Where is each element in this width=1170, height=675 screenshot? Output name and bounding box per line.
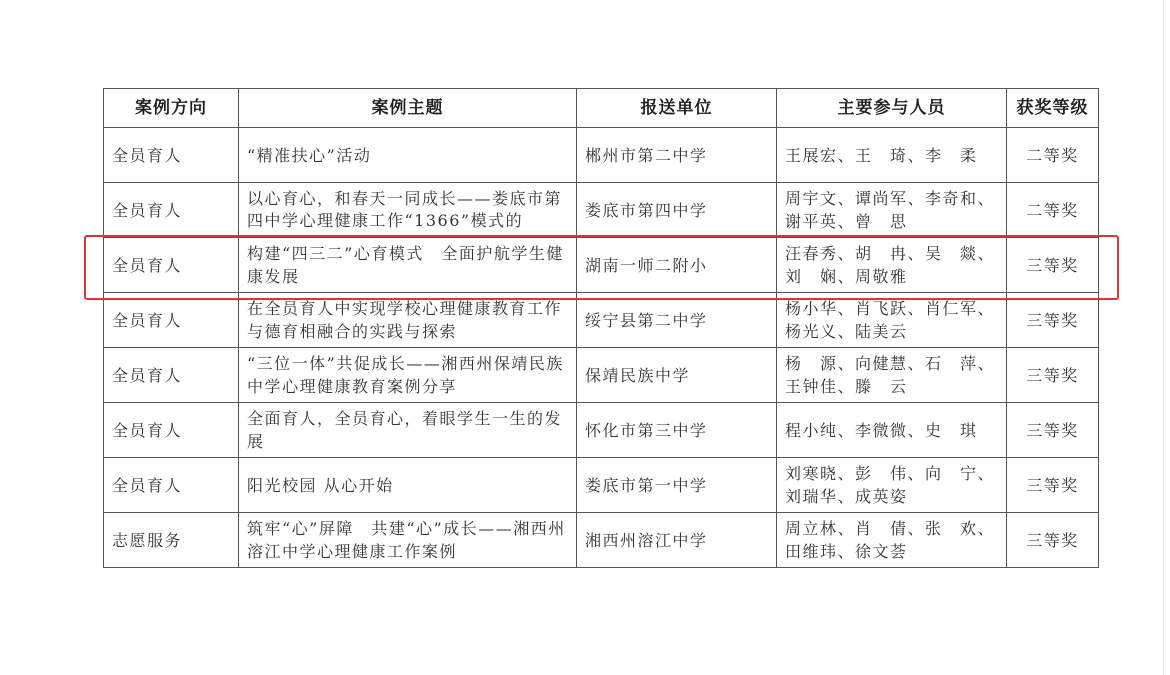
cell-unit: 娄底市第一中学: [577, 458, 777, 513]
cell-award: 三等奖: [1007, 293, 1099, 348]
cell-award: 三等奖: [1007, 348, 1099, 403]
cell-unit: 娄底市第四中学: [577, 183, 777, 238]
table-row: 全员育人 “精准扶心”活动 郴州市第二中学 王展宏、王 琦、李 柔 二等奖: [104, 128, 1099, 183]
cell-topic: 以心育心，和春天一同成长——娄底市第四中学心理健康工作“1366”模式的: [239, 183, 577, 238]
cell-people: 程小纯、李微微、史 琪: [777, 403, 1007, 458]
cell-topic: 阳光校园 从心开始: [239, 458, 577, 513]
cell-award: 三等奖: [1007, 513, 1099, 568]
cell-award: 二等奖: [1007, 183, 1099, 238]
cell-topic: “三位一体”共促成长——湘西州保靖民族中学心理健康教育案例分享: [239, 348, 577, 403]
cell-direction: 全员育人: [104, 183, 239, 238]
cell-topic: 全面育人，全员育心，着眼学生一生的发展: [239, 403, 577, 458]
header-award: 获奖等级: [1007, 89, 1099, 128]
cell-direction: 全员育人: [104, 293, 239, 348]
cell-unit: 怀化市第三中学: [577, 403, 777, 458]
cell-award: 三等奖: [1007, 238, 1099, 293]
header-topic: 案例主题: [239, 89, 577, 128]
cell-award: 三等奖: [1007, 458, 1099, 513]
header-people: 主要参与人员: [777, 89, 1007, 128]
table-row: 全员育人 全面育人，全员育心，着眼学生一生的发展 怀化市第三中学 程小纯、李微微…: [104, 403, 1099, 458]
header-direction: 案例方向: [104, 89, 239, 128]
cell-people: 王展宏、王 琦、李 柔: [777, 128, 1007, 183]
cell-award: 二等奖: [1007, 128, 1099, 183]
cell-direction: 全员育人: [104, 403, 239, 458]
cell-unit: 湖南一师二附小: [577, 238, 777, 293]
cell-topic: 筑牢“心”屏障 共建“心”成长——湘西州溶江中学心理健康工作案例: [239, 513, 577, 568]
cell-direction: 志愿服务: [104, 513, 239, 568]
cell-people: 周立林、肖 倩、张 欢、田维玮、徐文荟: [777, 513, 1007, 568]
table-row: 志愿服务 筑牢“心”屏障 共建“心”成长——湘西州溶江中学心理健康工作案例 湘西…: [104, 513, 1099, 568]
cell-direction: 全员育人: [104, 238, 239, 293]
cell-topic: “精准扶心”活动: [239, 128, 577, 183]
cell-topic: 在全员育人中实现学校心理健康教育工作与德育相融合的实践与探索: [239, 293, 577, 348]
cell-unit: 郴州市第二中学: [577, 128, 777, 183]
table-row: 全员育人 以心育心，和春天一同成长——娄底市第四中学心理健康工作“1366”模式…: [104, 183, 1099, 238]
cell-topic: 构建“四三二”心育模式 全面护航学生健康发展: [239, 238, 577, 293]
table-row: 全员育人 阳光校园 从心开始 娄底市第一中学 刘寒晓、彭 伟、向 宁、刘瑞华、成…: [104, 458, 1099, 513]
cell-people: 杨小华、肖飞跃、肖仁军、杨光义、陆美云: [777, 293, 1007, 348]
award-table: 案例方向 案例主题 报送单位 主要参与人员 获奖等级 全员育人 “精准扶心”活动…: [103, 88, 1099, 568]
cell-people: 汪春秀、胡 冉、吴 燚、刘 娴、周敬雅: [777, 238, 1007, 293]
table-row: 全员育人 “三位一体”共促成长——湘西州保靖民族中学心理健康教育案例分享 保靖民…: [104, 348, 1099, 403]
table-row: 全员育人 在全员育人中实现学校心理健康教育工作与德育相融合的实践与探索 绥宁县第…: [104, 293, 1099, 348]
cell-direction: 全员育人: [104, 128, 239, 183]
cell-unit: 保靖民族中学: [577, 348, 777, 403]
cell-people: 周宇文、谭尚军、李奇和、谢平英、曾 思: [777, 183, 1007, 238]
cell-award: 三等奖: [1007, 403, 1099, 458]
cell-people: 刘寒晓、彭 伟、向 宁、刘瑞华、成英姿: [777, 458, 1007, 513]
table-header-row: 案例方向 案例主题 报送单位 主要参与人员 获奖等级: [104, 89, 1099, 128]
cell-direction: 全员育人: [104, 348, 239, 403]
cell-people: 杨 源、向健慧、石 萍、王钟佳、滕 云: [777, 348, 1007, 403]
cell-unit: 绥宁县第二中学: [577, 293, 777, 348]
cell-unit: 湘西州溶江中学: [577, 513, 777, 568]
cell-direction: 全员育人: [104, 458, 239, 513]
scan-page-edge: [1163, 0, 1164, 675]
header-unit: 报送单位: [577, 89, 777, 128]
table-row-highlighted: 全员育人 构建“四三二”心育模式 全面护航学生健康发展 湖南一师二附小 汪春秀、…: [104, 238, 1099, 293]
